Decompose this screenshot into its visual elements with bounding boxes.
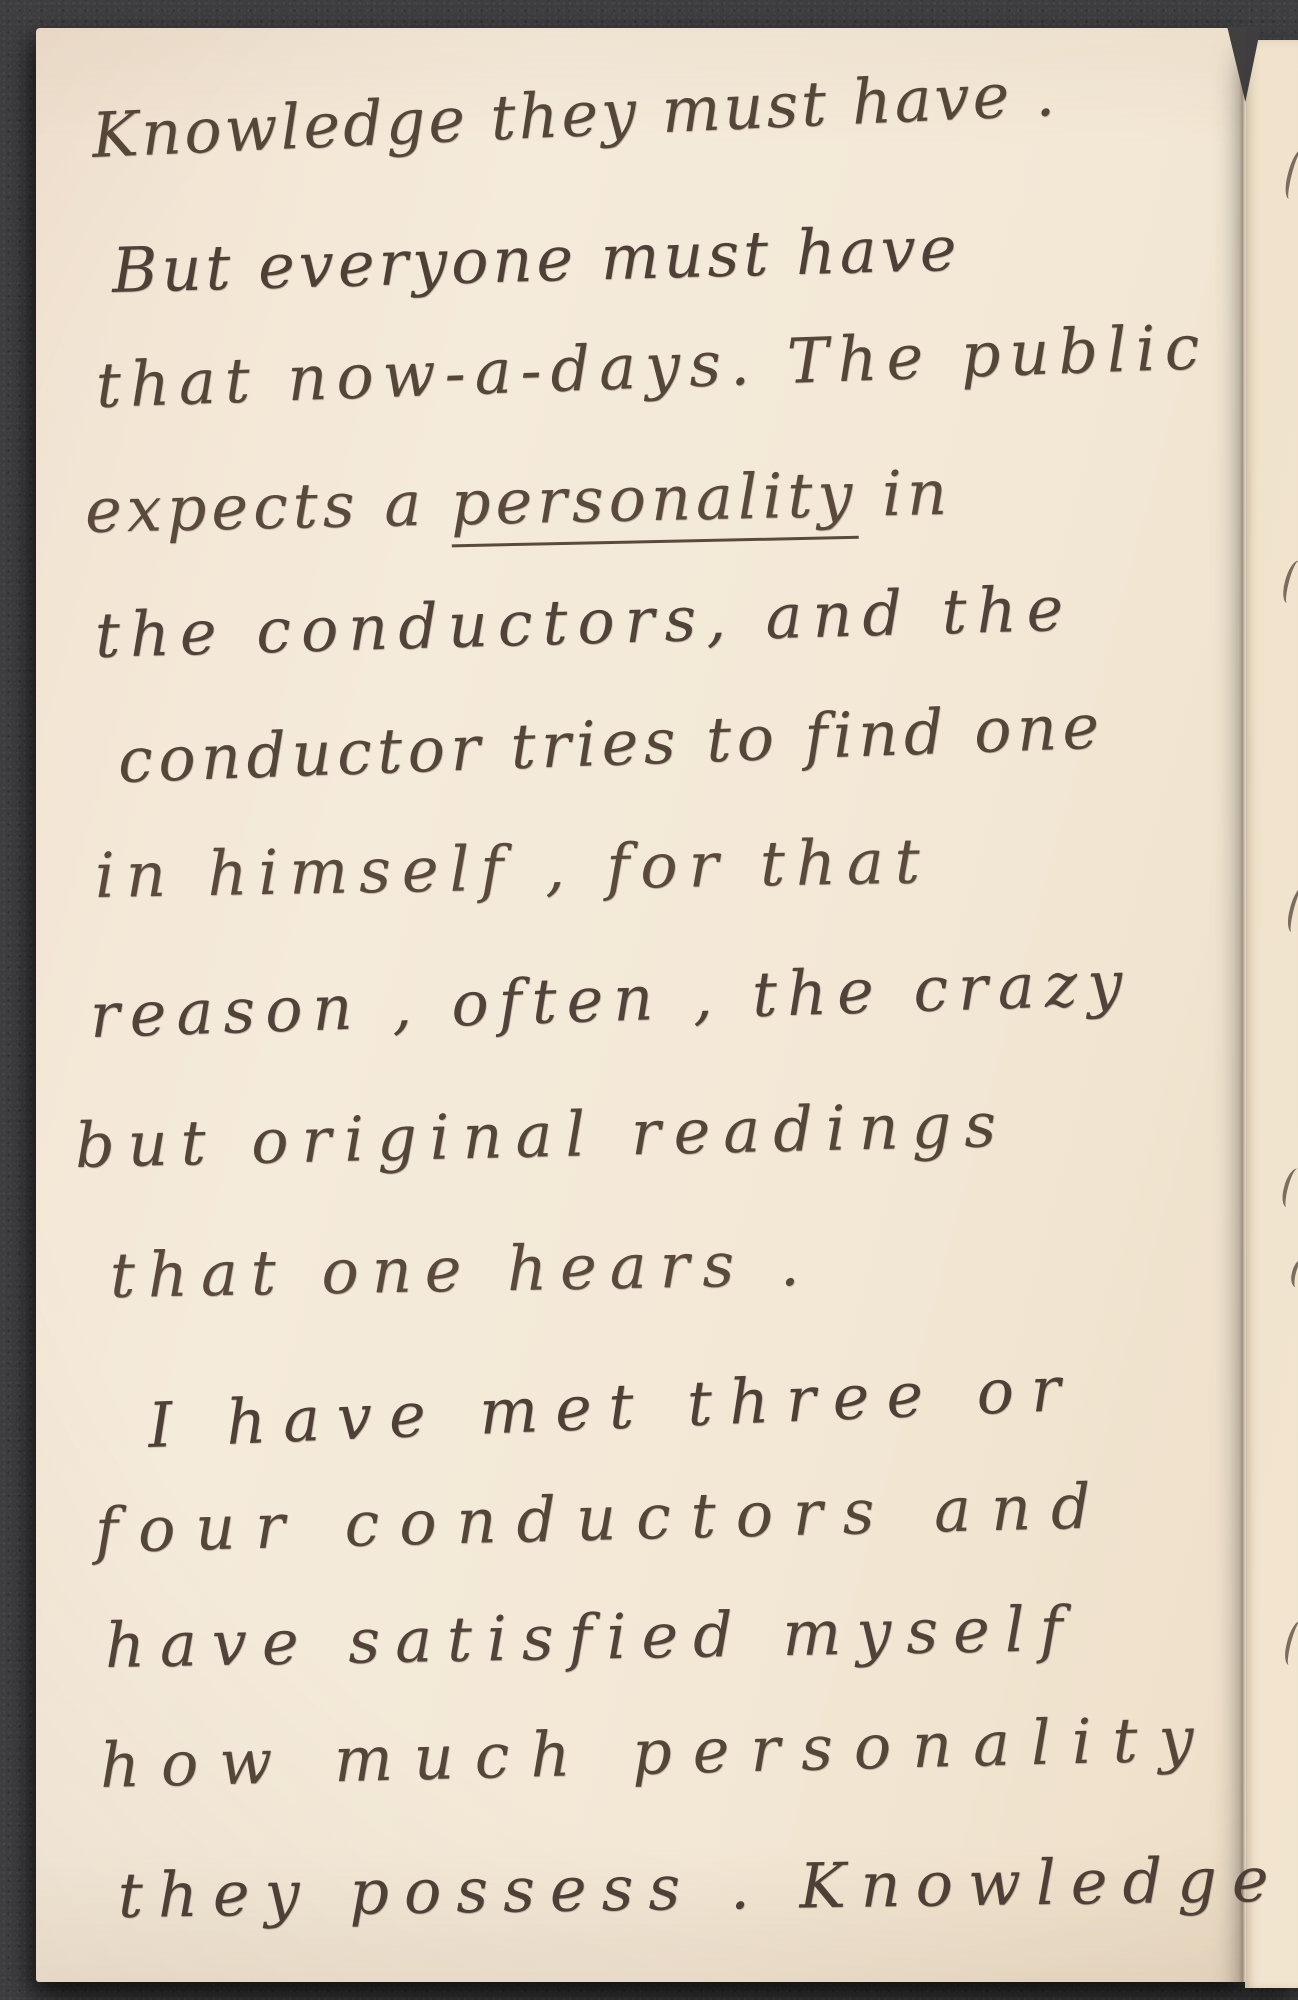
letter-line-15: they possess . Knowledge (118, 1847, 1284, 1928)
underlined-word: personality (450, 458, 858, 547)
letter-line-10: that one hears . (109, 1231, 813, 1308)
letter-line-7: in himself , for that (94, 828, 931, 908)
adjacent-page-edge (1245, 40, 1298, 1988)
letter-photo-scene: Knowledge they must have .But everyone m… (0, 0, 1298, 2000)
letter-line-13: have satisfied myself (104, 1596, 1078, 1678)
letter-line-4: expects a personality in (84, 460, 952, 543)
page-fold-crease (1239, 30, 1247, 1982)
